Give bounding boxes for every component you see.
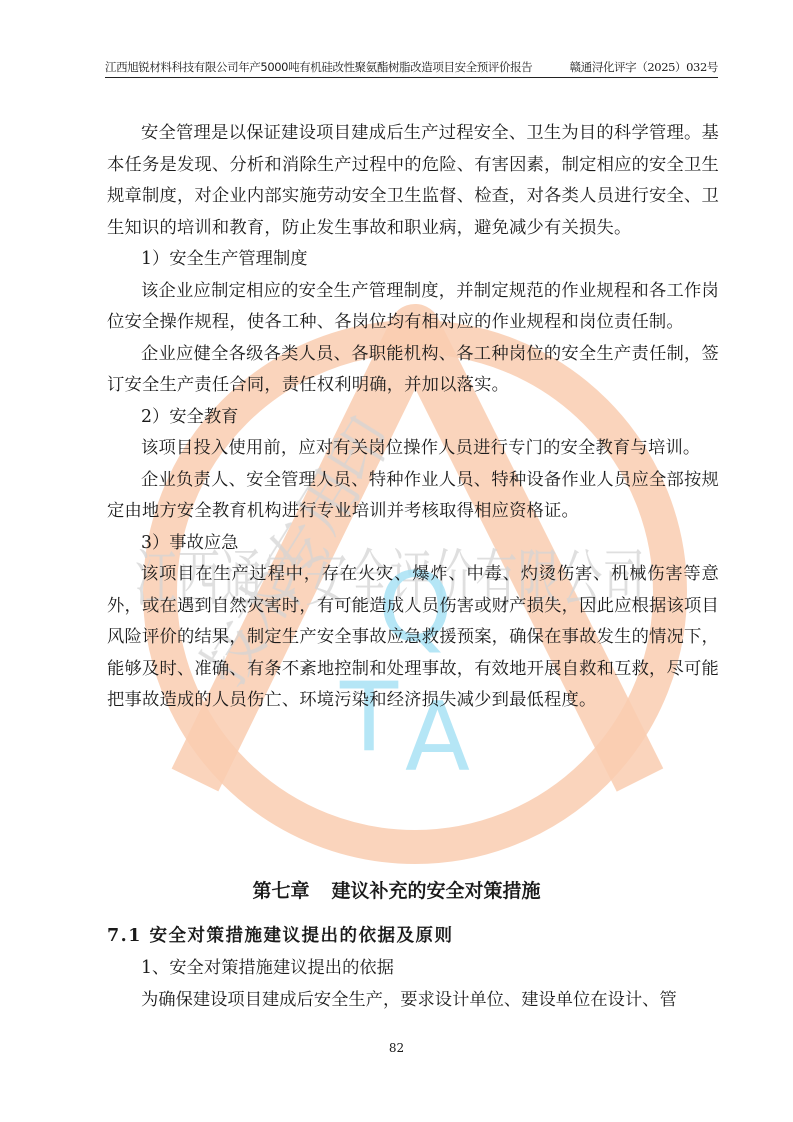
section-body: 1、安全对策措施建议提出的依据 为确保建设项目建成后安全生产，要求设计单位、建设… <box>107 953 719 1016</box>
header-title: 江西旭锐材料科技有限公司年产5000吨有机硅改性聚氨酯树脂改造项目安全预评价报告 <box>105 59 532 75</box>
paragraph: 该企业应制定相应的安全生产管理制度，并制定规范的作业规程和各工作岗位安全操作规程… <box>107 276 719 339</box>
subsection-title-emergency: 3）事故应急 <box>107 528 719 560</box>
header-doc-number: 赣通浔化评字（2025）032号 <box>570 59 718 75</box>
section-heading: 7.1 安全对策措施建议提出的依据及原则 <box>107 922 454 947</box>
list-item-basis: 1、安全对策措施建议提出的依据 <box>107 953 719 985</box>
chapter-number: 第七章 <box>252 880 309 902</box>
chapter-title: 建议补充的安全对策措施 <box>332 880 541 902</box>
subsection-title-management: 1）安全生产管理制度 <box>107 244 719 276</box>
paragraph: 企业负责人、安全管理人员、特种作业人员、特种设备作业人员应全部按规定由地方安全教… <box>107 465 719 528</box>
chapter-heading: 第七章建议补充的安全对策措施 <box>0 876 793 903</box>
paragraph: 该项目投入使用前，应对有关岗位操作人员进行专门的安全教育与培训。 <box>107 433 719 465</box>
page-header: 江西旭锐材料科技有限公司年产5000吨有机硅改性聚氨酯树脂改造项目安全预评价报告… <box>105 55 718 78</box>
page-number: 82 <box>0 1041 793 1055</box>
paragraph: 为确保建设项目建成后安全生产，要求设计单位、建设单位在设计、管 <box>107 985 719 1017</box>
paragraph: 企业应健全各级各类人员、各职能机构、各工种岗位的安全生产责任制，签订安全生产责任… <box>107 339 719 402</box>
intro-paragraph: 安全管理是以保证建设项目建成后生产过程安全、卫生为目的科学管理。基本任务是发现、… <box>107 118 719 244</box>
document-body: 安全管理是以保证建设项目建成后生产过程安全、卫生为目的科学管理。基本任务是发现、… <box>107 118 719 717</box>
paragraph: 该项目在生产过程中，存在火灾、爆炸、中毒、灼烫伤害、机械伤害等意外，或在遇到自然… <box>107 559 719 717</box>
subsection-title-education: 2）安全教育 <box>107 402 719 434</box>
